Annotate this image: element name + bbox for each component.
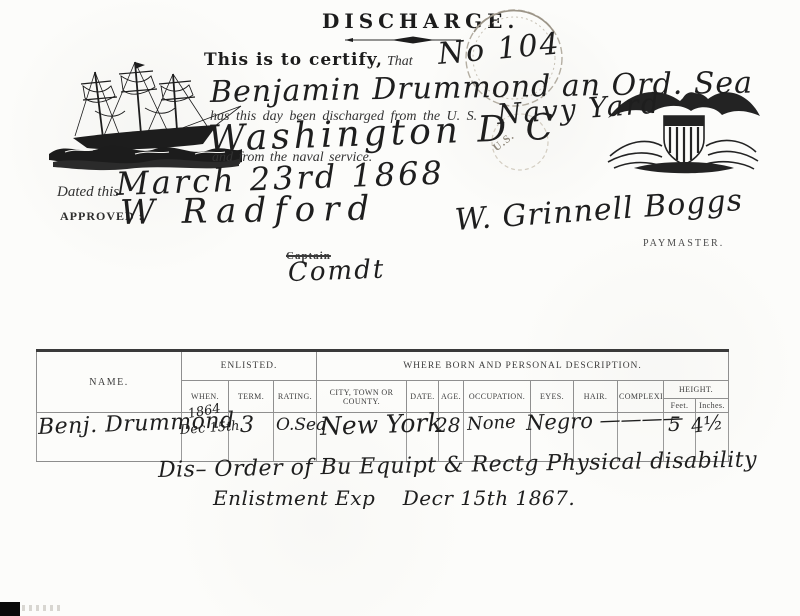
entry-when-date: Dec 15th (180, 420, 240, 437)
approved-signature: W Radford (120, 192, 378, 230)
commandant-handwritten: Comdt (288, 257, 386, 286)
entry-city: New York (320, 410, 443, 439)
discharge-note-line2: Enlistment Exp Decr 15th 1867. (213, 488, 575, 508)
entry-height-inches: 4½ (690, 412, 725, 436)
entry-height-feet: 5 (668, 414, 681, 434)
col-group-enlisted: ENLISTED. (182, 351, 317, 381)
col-header-rating: RATING. (274, 381, 317, 413)
col-header-eyes: EYES. (531, 381, 574, 413)
scan-artifact-noise (22, 605, 62, 611)
entry-rating: O.Sea (276, 417, 326, 434)
certify-that: That (387, 54, 413, 69)
personal-description-table: NAME. ENLISTED. WHERE BORN AND PERSONAL … (36, 349, 729, 462)
col-group-height: HEIGHT. (664, 381, 729, 399)
col-header-occupation: OCCUPATION. (464, 381, 531, 413)
entry-occupation: None (467, 413, 517, 434)
col-header-city: CITY, TOWN OR COUNTY. (317, 381, 407, 413)
col-header-name: NAME. (37, 351, 182, 413)
dated-this-label: Dated this (57, 184, 119, 201)
paymaster-label: PAYMASTER. (643, 238, 724, 249)
paymaster-signature: W. Grinnell Boggs (454, 186, 744, 236)
certify-line: This is to certify, That (204, 50, 413, 70)
entry-age: 28 (435, 415, 460, 435)
certify-prefix: This is to certify, (204, 50, 383, 70)
entry-term: 3 (240, 415, 254, 437)
scan-artifact-corner (0, 602, 20, 616)
col-header-term: TERM. (229, 381, 274, 413)
entry-complexion-written: Negro ———— (526, 408, 684, 434)
document-page: DISCHARGE. U.S. (0, 0, 800, 616)
col-group-born-description: WHERE BORN AND PERSONAL DESCRIPTION. (317, 351, 729, 381)
